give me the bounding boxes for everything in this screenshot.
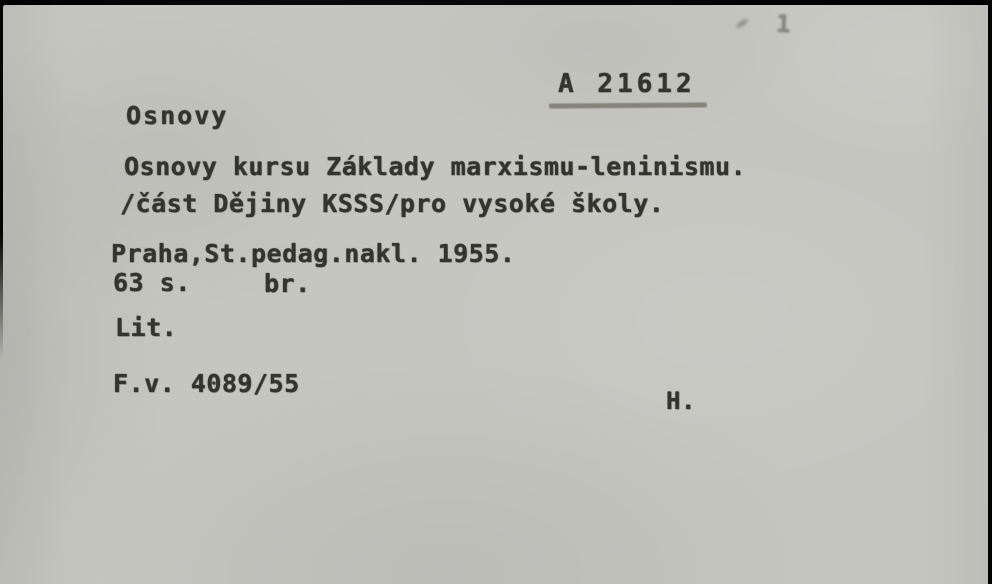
call-number-underline <box>549 102 707 108</box>
binding-note: br. <box>264 270 311 298</box>
corner-mark: 1 <box>775 10 791 39</box>
scan-edge-top <box>0 0 992 5</box>
title-line-2: /část Dějiny KSSS/pro vysoké školy. <box>120 190 664 218</box>
accession-number: F.v. 4089/55 <box>113 370 300 398</box>
imprint-line: Praha,St.pedag.nakl. 1955. <box>111 240 515 268</box>
cataloguer-initial: H. <box>666 387 696 415</box>
heading-osnovy: Osnovy <box>126 102 228 130</box>
catalog-card: 1 A 21612 Osnovy Osnovy kursu Základy ma… <box>0 0 992 584</box>
scan-edge-right <box>988 0 992 584</box>
scan-background: 1 A 21612 Osnovy Osnovy kursu Základy ma… <box>0 0 992 584</box>
pagination: 63 s. <box>113 269 191 297</box>
call-number: A 21612 <box>558 70 696 98</box>
literature-note: Lit. <box>115 314 177 342</box>
title-line-1: Osnovy kursu Základy marxismu-leninismu. <box>124 153 746 181</box>
ink-smudge <box>735 17 749 29</box>
scan-edge-left <box>0 0 3 360</box>
